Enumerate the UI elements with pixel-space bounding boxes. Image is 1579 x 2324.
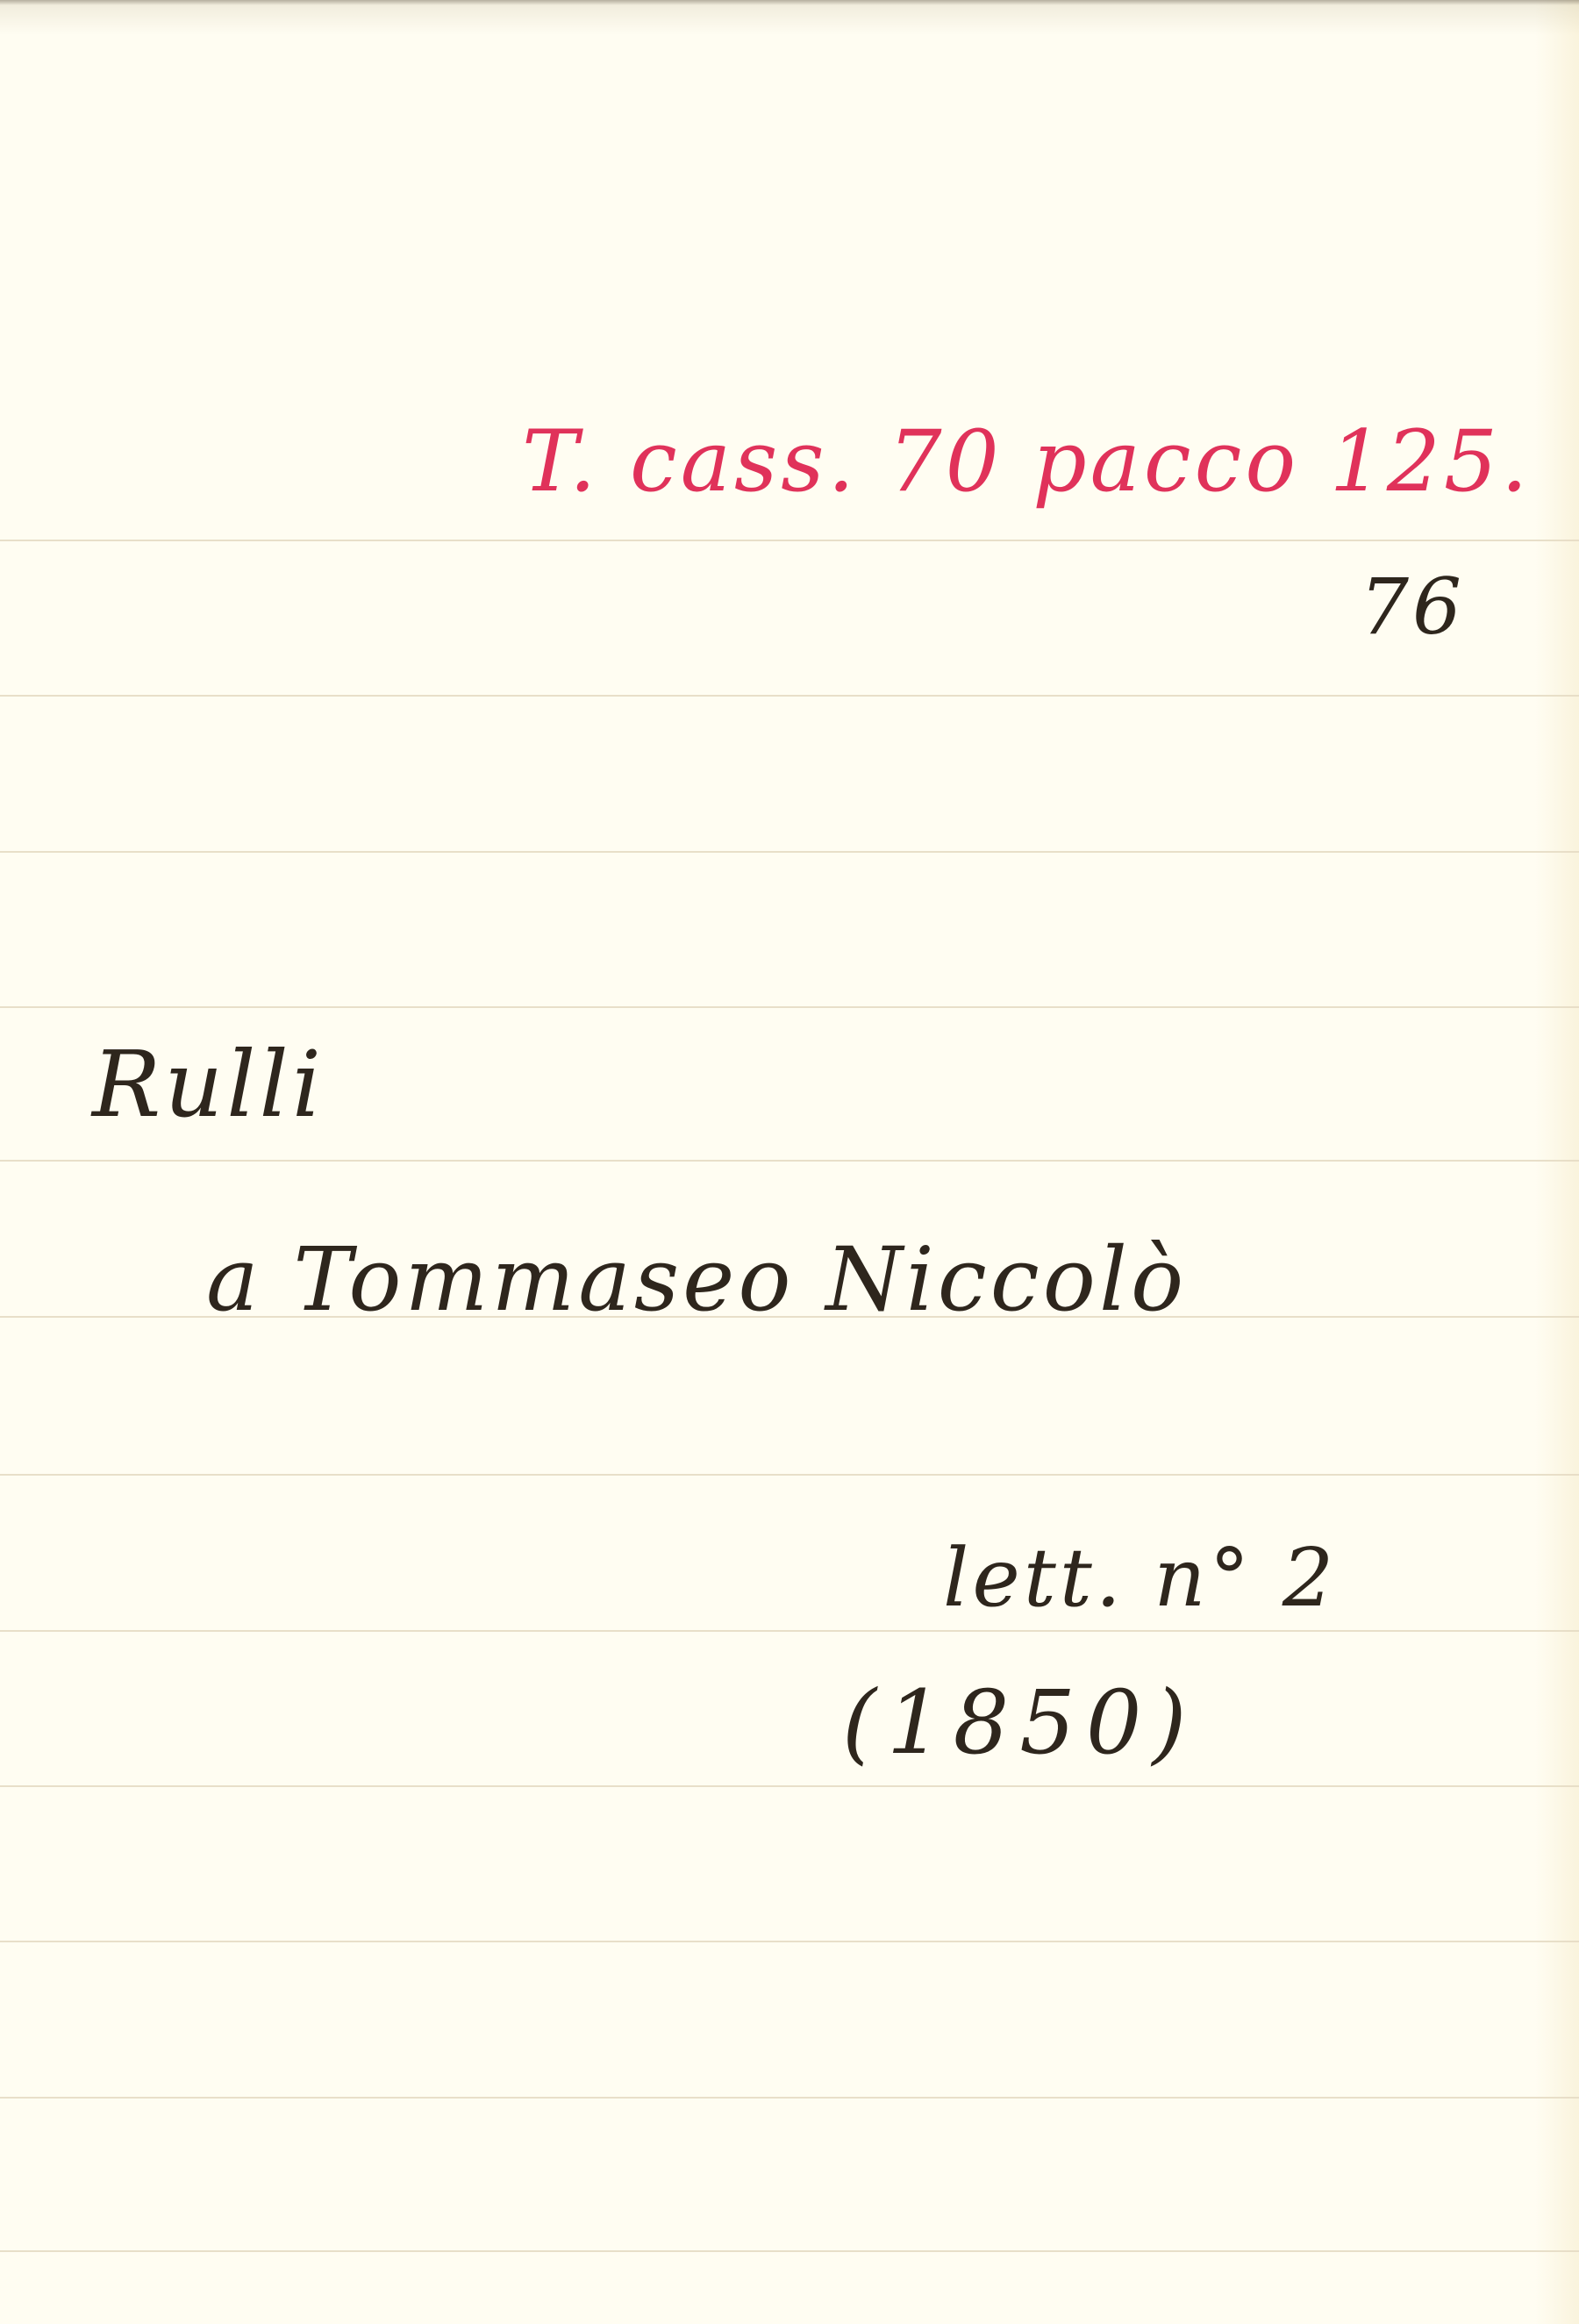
ruled-line [0,1941,1579,1942]
ruled-line [0,851,1579,853]
index-card: T. cass. 70 pacco 125. 76 Rulli a Tommas… [0,0,1579,2324]
ruled-line [0,1006,1579,1008]
ruled-line [0,695,1579,697]
ruled-line [0,1630,1579,1632]
ruled-line [0,1160,1579,1162]
letter-year: (1850) [842,1671,1197,1774]
letter-count: lett. n° 2 [943,1531,1337,1625]
ruled-line [0,540,1579,541]
ruled-line [0,1785,1579,1787]
recipient-name: a Tommaseo Niccolò [206,1228,1187,1331]
ruled-line [0,2097,1579,2099]
sheet-number: 76 [1360,561,1465,652]
ruled-line [0,2250,1579,2252]
ruled-line [0,1474,1579,1476]
author-name: Rulli [92,1031,325,1138]
archive-reference: T. cass. 70 pacco 125. [522,412,1531,511]
